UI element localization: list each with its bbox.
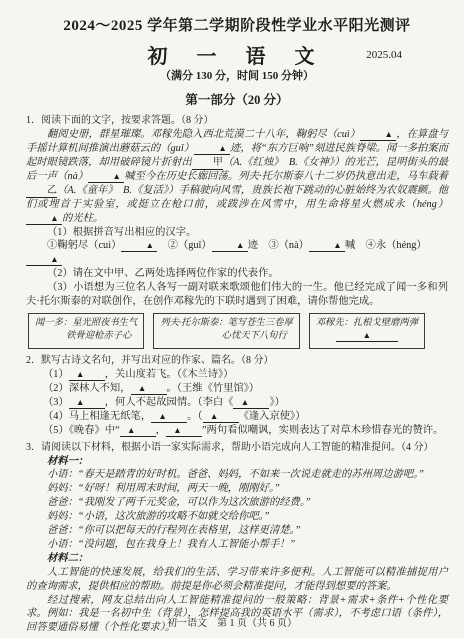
- exam-title: 2024～2025 学年第二学期阶段性学业水平阳光测评: [26, 14, 448, 35]
- q2-stem: 2．默写古诗文名句，并写出对应的作家、篇名。（8 分）: [26, 354, 448, 368]
- answer-blank: ▲: [233, 397, 269, 409]
- answer-blank: ▲: [203, 411, 239, 423]
- couplet-box-wenyiduo: 闻一多：星光照夜书生气 铁骨迎枪赤子心: [28, 313, 144, 349]
- answer-blank: ▲: [69, 369, 105, 381]
- answer-blank: ▲: [69, 397, 105, 409]
- couplet-boxes: 闻一多：星光照夜书生气 铁骨迎枪赤子心 列夫·托尔斯泰：笔写苍生三卷厚 心忧天下…: [28, 313, 448, 349]
- dialog-line: 爸爸：“我刚发了两千元奖金，可以作为这次旅游的经费。”: [47, 496, 448, 510]
- couplet-box-tolstoy: 列夫·托尔斯泰：笔写苍生三卷厚 心忧天下八旬行: [153, 313, 299, 349]
- material1-label: 材料一：: [47, 455, 448, 469]
- q2-item-5: （5）《晚春》中“▲，▲”两句看似嘲讽，实则表达了对草木珍惜春光的赞许。: [26, 424, 448, 438]
- answer-blank: ▲: [120, 425, 156, 437]
- answer-blank: ▲: [194, 143, 230, 155]
- answer-blank: ▲: [26, 213, 62, 225]
- q1-sub3: （3）小语想为三位名人各写一副对联来歌颂他们伟大的一生。他已经完成了闻一多和列夫…: [26, 281, 448, 309]
- answer-blank: ▲: [360, 129, 396, 141]
- answer-blank: 甲: [192, 157, 223, 170]
- page-footer: 初一语文 第 1 页（共 6 页）: [0, 614, 464, 629]
- dialog-line: 妈妈：“好呀！利用周末时间，两天一晚，刚刚好。”: [47, 482, 448, 496]
- subject-row: 初 一 语 文 2025.04: [26, 40, 448, 66]
- q3-stem: 3．请阅读以下材料，根据小语一家实际需求，帮助小语完成向人工智能的精准提问。（4…: [26, 441, 448, 455]
- exam-subject: 初 一 语 文: [148, 40, 327, 69]
- answer-blank: ▲: [88, 171, 124, 183]
- dialog-line: 爸爸：“你可以把每天的行程列在表格里，这样更清楚。”: [47, 524, 448, 538]
- answer-blank: ▲: [26, 254, 62, 266]
- q2-item-4: （4）马上相逢无纸笔，▲。（▲《逢入京使》）: [26, 410, 448, 424]
- q2-item-3: （3）▲，何人不起故园情。（李白《▲》）: [26, 396, 448, 410]
- couplet-answer-blank: ▲: [316, 330, 418, 344]
- answer-blank: ▲: [131, 383, 167, 395]
- couplet-line-1: 闻一多：星光照夜书生气: [35, 317, 137, 331]
- q1-sub1: （1）根据拼音写出相应的汉字。: [26, 226, 448, 240]
- couplet-box-dengjiaxian: 邓稼先：扎根戈壁磨两弹 ▲: [309, 313, 425, 349]
- answer-blank: ▲: [121, 240, 157, 252]
- answer-blank: 乙: [26, 185, 57, 198]
- answer-blank: ▲: [166, 425, 202, 437]
- answer-blank: ▲: [336, 330, 398, 342]
- dialog-line: 小语：“没问题，包在我身上！我有人工智能小帮手！”: [47, 538, 448, 552]
- dialog-line: 妈妈：“小语，这次旅游的攻略不如就交给你吧。”: [47, 510, 448, 524]
- answer-blank: ▲: [212, 240, 248, 252]
- couplet-line-1: 列夫·托尔斯泰：笔写苍生三卷厚: [160, 317, 292, 331]
- answer-blank: ▲: [151, 411, 187, 423]
- material2-label: 材料二：: [47, 552, 448, 566]
- q1-stem: 1．阅读下面的文字，按要求答题。（8 分）: [26, 114, 448, 128]
- score-time-info: （满分 130 分，时间 150 分钟）: [26, 67, 448, 83]
- answer-blank: ▲: [309, 240, 345, 252]
- q1-passage: 翻阅史册，群星璀璨。邓稼先隐入西北荒漠二十八年，鞠躬尽（cuì）▲，在算盘与手摇…: [26, 128, 448, 226]
- q2-item-2: （2）深林人不知，▲。（王维《竹里馆》）: [26, 382, 448, 396]
- q1-sub2: （2）请在文中甲、乙两处选择两位作家的代表作。: [26, 267, 448, 281]
- couplet-line-2: 心忧天下八旬行: [160, 330, 292, 344]
- material2-paragraph-1: 人工智能的快速发展，给我们的生活、学习带来许多便利。人工智能可以精准捕捉用户的查…: [26, 566, 448, 594]
- exam-page: 2024～2025 学年第二学期阶段性学业水平阳光测评 初 一 语 文 2025…: [0, 0, 464, 638]
- q2-item-1: （1）▲，关山度若飞。（《木兰诗》）: [26, 368, 448, 382]
- couplet-line-2: 铁骨迎枪赤子心: [35, 330, 137, 344]
- couplet-line-1: 邓稼先：扎根戈壁磨两弹: [316, 317, 418, 331]
- dialog-line: 小语：“春天是踏青的好时机。爸爸、妈妈，不如来一次说走就走的苏州周边游吧。”: [47, 468, 448, 482]
- exam-date: 2025.04: [366, 49, 402, 61]
- q1-pinyin-items: ①鞠躬尽（cuì）▲ ②（guǐ）▲迹 ③（nà）▲喊 ④永（héng）▲: [26, 239, 448, 267]
- part-header: 第一部分（20 分）: [26, 90, 448, 108]
